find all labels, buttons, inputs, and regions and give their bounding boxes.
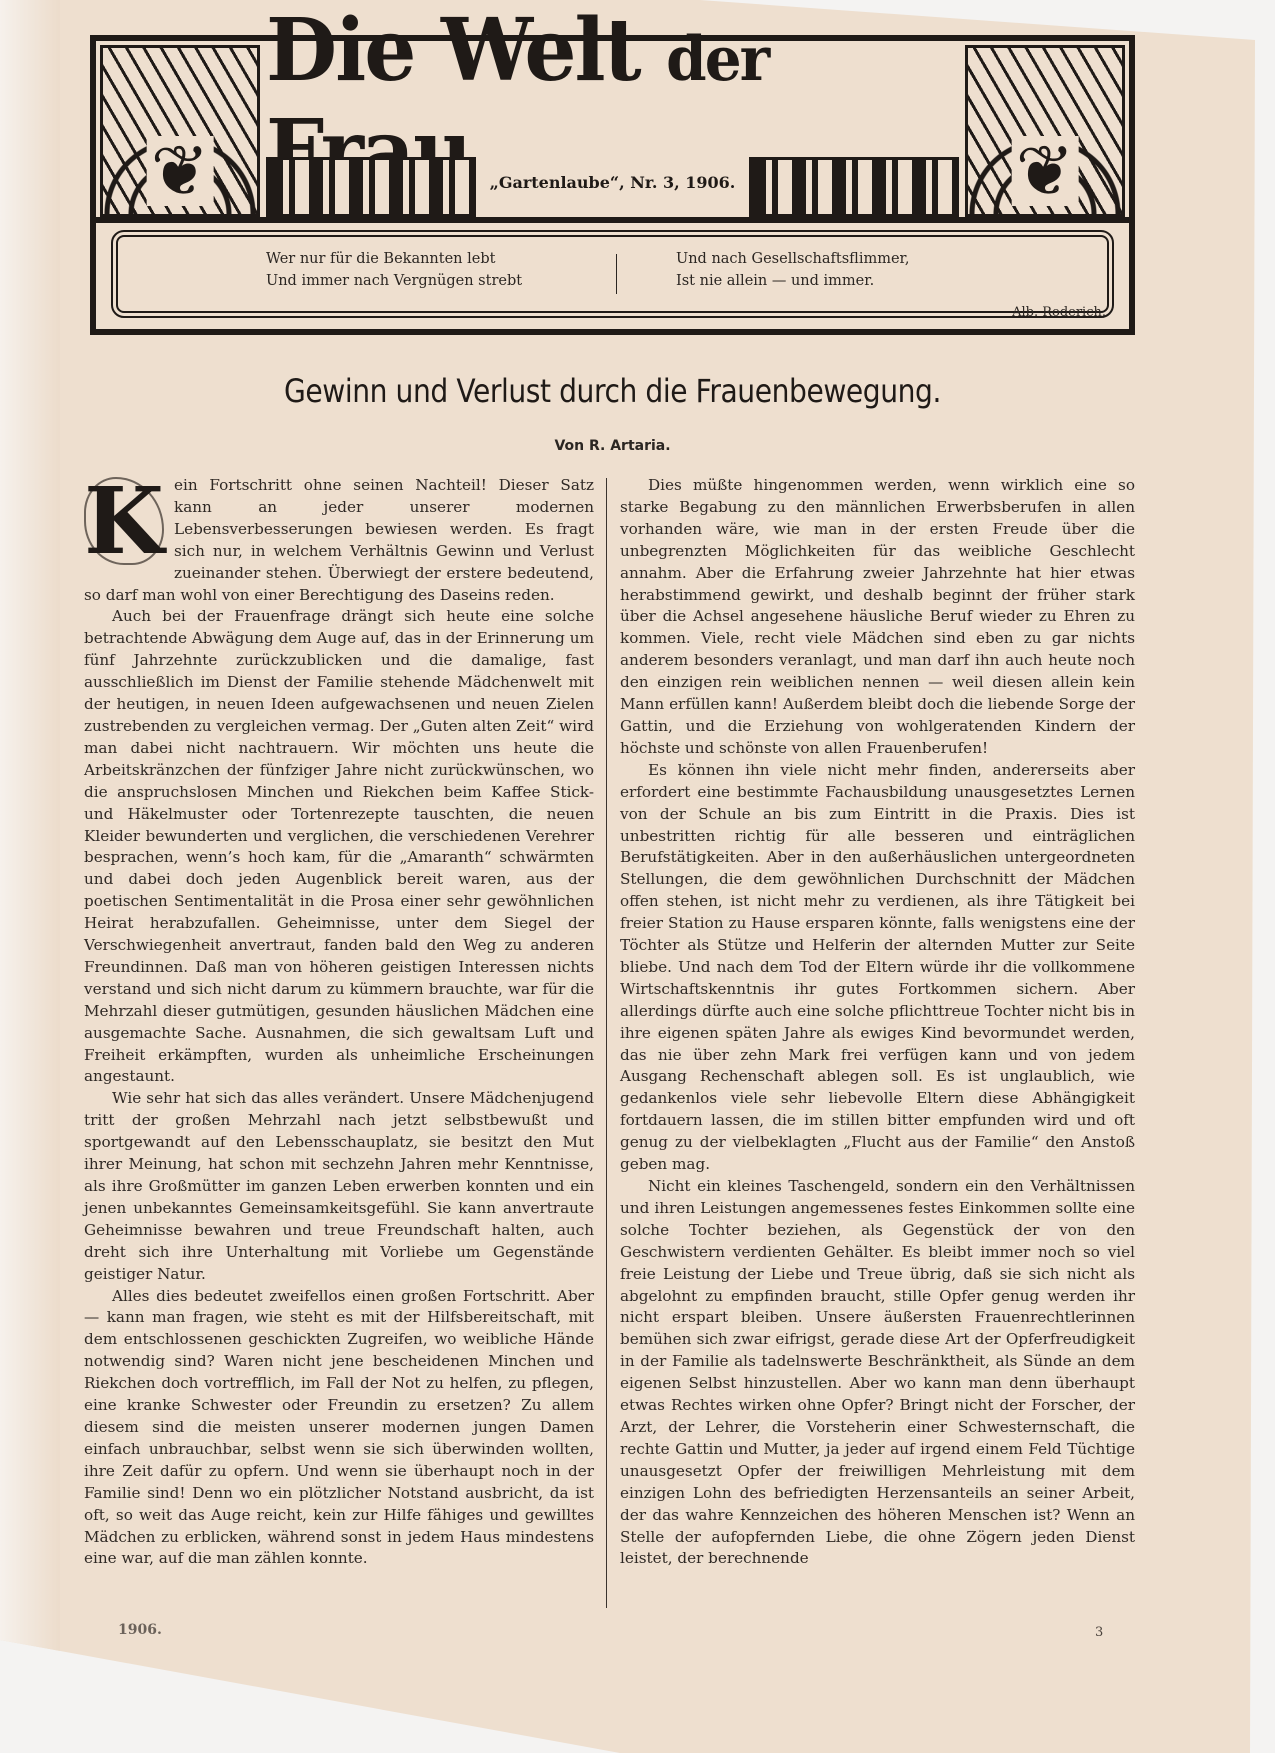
article-title: Gewinn und Verlust durch die Frauenbeweg… (179, 372, 1046, 410)
poem-line: Wer nur für die Bekannten lebt (266, 248, 596, 270)
masthead-title: Die Welt der Frau (266, 45, 959, 157)
poem-author: Alb. Roderich. (856, 302, 1106, 324)
poem-line: Ist nie allein — und immer. (676, 270, 1006, 292)
flower-ornament-icon: ❦ (147, 136, 214, 206)
paragraph: Auch bei der Frauenfrage drängt sich heu… (84, 606, 594, 1088)
poem-line: Und immer nach Vergnügen strebt (266, 270, 596, 292)
masthead-title-part2: der (666, 23, 768, 94)
flower-ornament-left: ❦ (100, 45, 260, 217)
issue-label: „Gartenlaube“, Nr. 3, 1906. (486, 173, 739, 192)
paragraph: Kein Fortschritt ohne seinen Nachteil! D… (84, 475, 594, 606)
masthead-rule (96, 217, 1129, 223)
ornamental-band-right (749, 157, 959, 217)
poem-line: Und nach Gesellschaftsflimmer, (676, 248, 1006, 270)
paragraph: Alles dies bedeutet zweifellos einen gro… (84, 1286, 594, 1571)
magazine-page: ❦ ❦ Die Welt der Frau „Gartenlaube“, Nr.… (0, 0, 1275, 1753)
footer-year: 1906. (118, 1622, 162, 1638)
masthead-title-part1: Die Welt (266, 0, 640, 101)
paragraph: Dies müßte hingenommen werden, wenn wirk… (620, 475, 1135, 760)
poem-left-stanza: Wer nur für die Bekannten lebt Und immer… (266, 248, 596, 292)
page-number: 3 (1095, 1625, 1103, 1640)
article-byline: Von R. Artaria. (120, 438, 1105, 454)
poem-right-stanza: Und nach Gesellschaftsflimmer, Ist nie a… (676, 248, 1006, 292)
flower-ornament-right: ❦ (965, 45, 1125, 217)
paragraph: Wie sehr hat sich das alles verändert. U… (84, 1088, 594, 1285)
masthead: ❦ ❦ Die Welt der Frau „Gartenlaube“, Nr.… (90, 35, 1135, 335)
paragraph: Nicht ein kleines Taschengeld, sondern e… (620, 1176, 1135, 1570)
page-shadow (0, 0, 60, 1753)
article-column-left: Kein Fortschritt ohne seinen Nachteil! D… (84, 475, 594, 1570)
flower-ornament-icon: ❦ (1012, 136, 1079, 206)
paragraph: Es können ihn viele nicht mehr finden, a… (620, 760, 1135, 1176)
ornamental-band-left (266, 157, 476, 217)
poem-divider (616, 254, 617, 294)
column-divider (606, 478, 607, 1608)
dropcap-initial: K (84, 477, 164, 565)
article-column-right: Dies müßte hingenommen werden, wenn wirk… (620, 475, 1135, 1570)
